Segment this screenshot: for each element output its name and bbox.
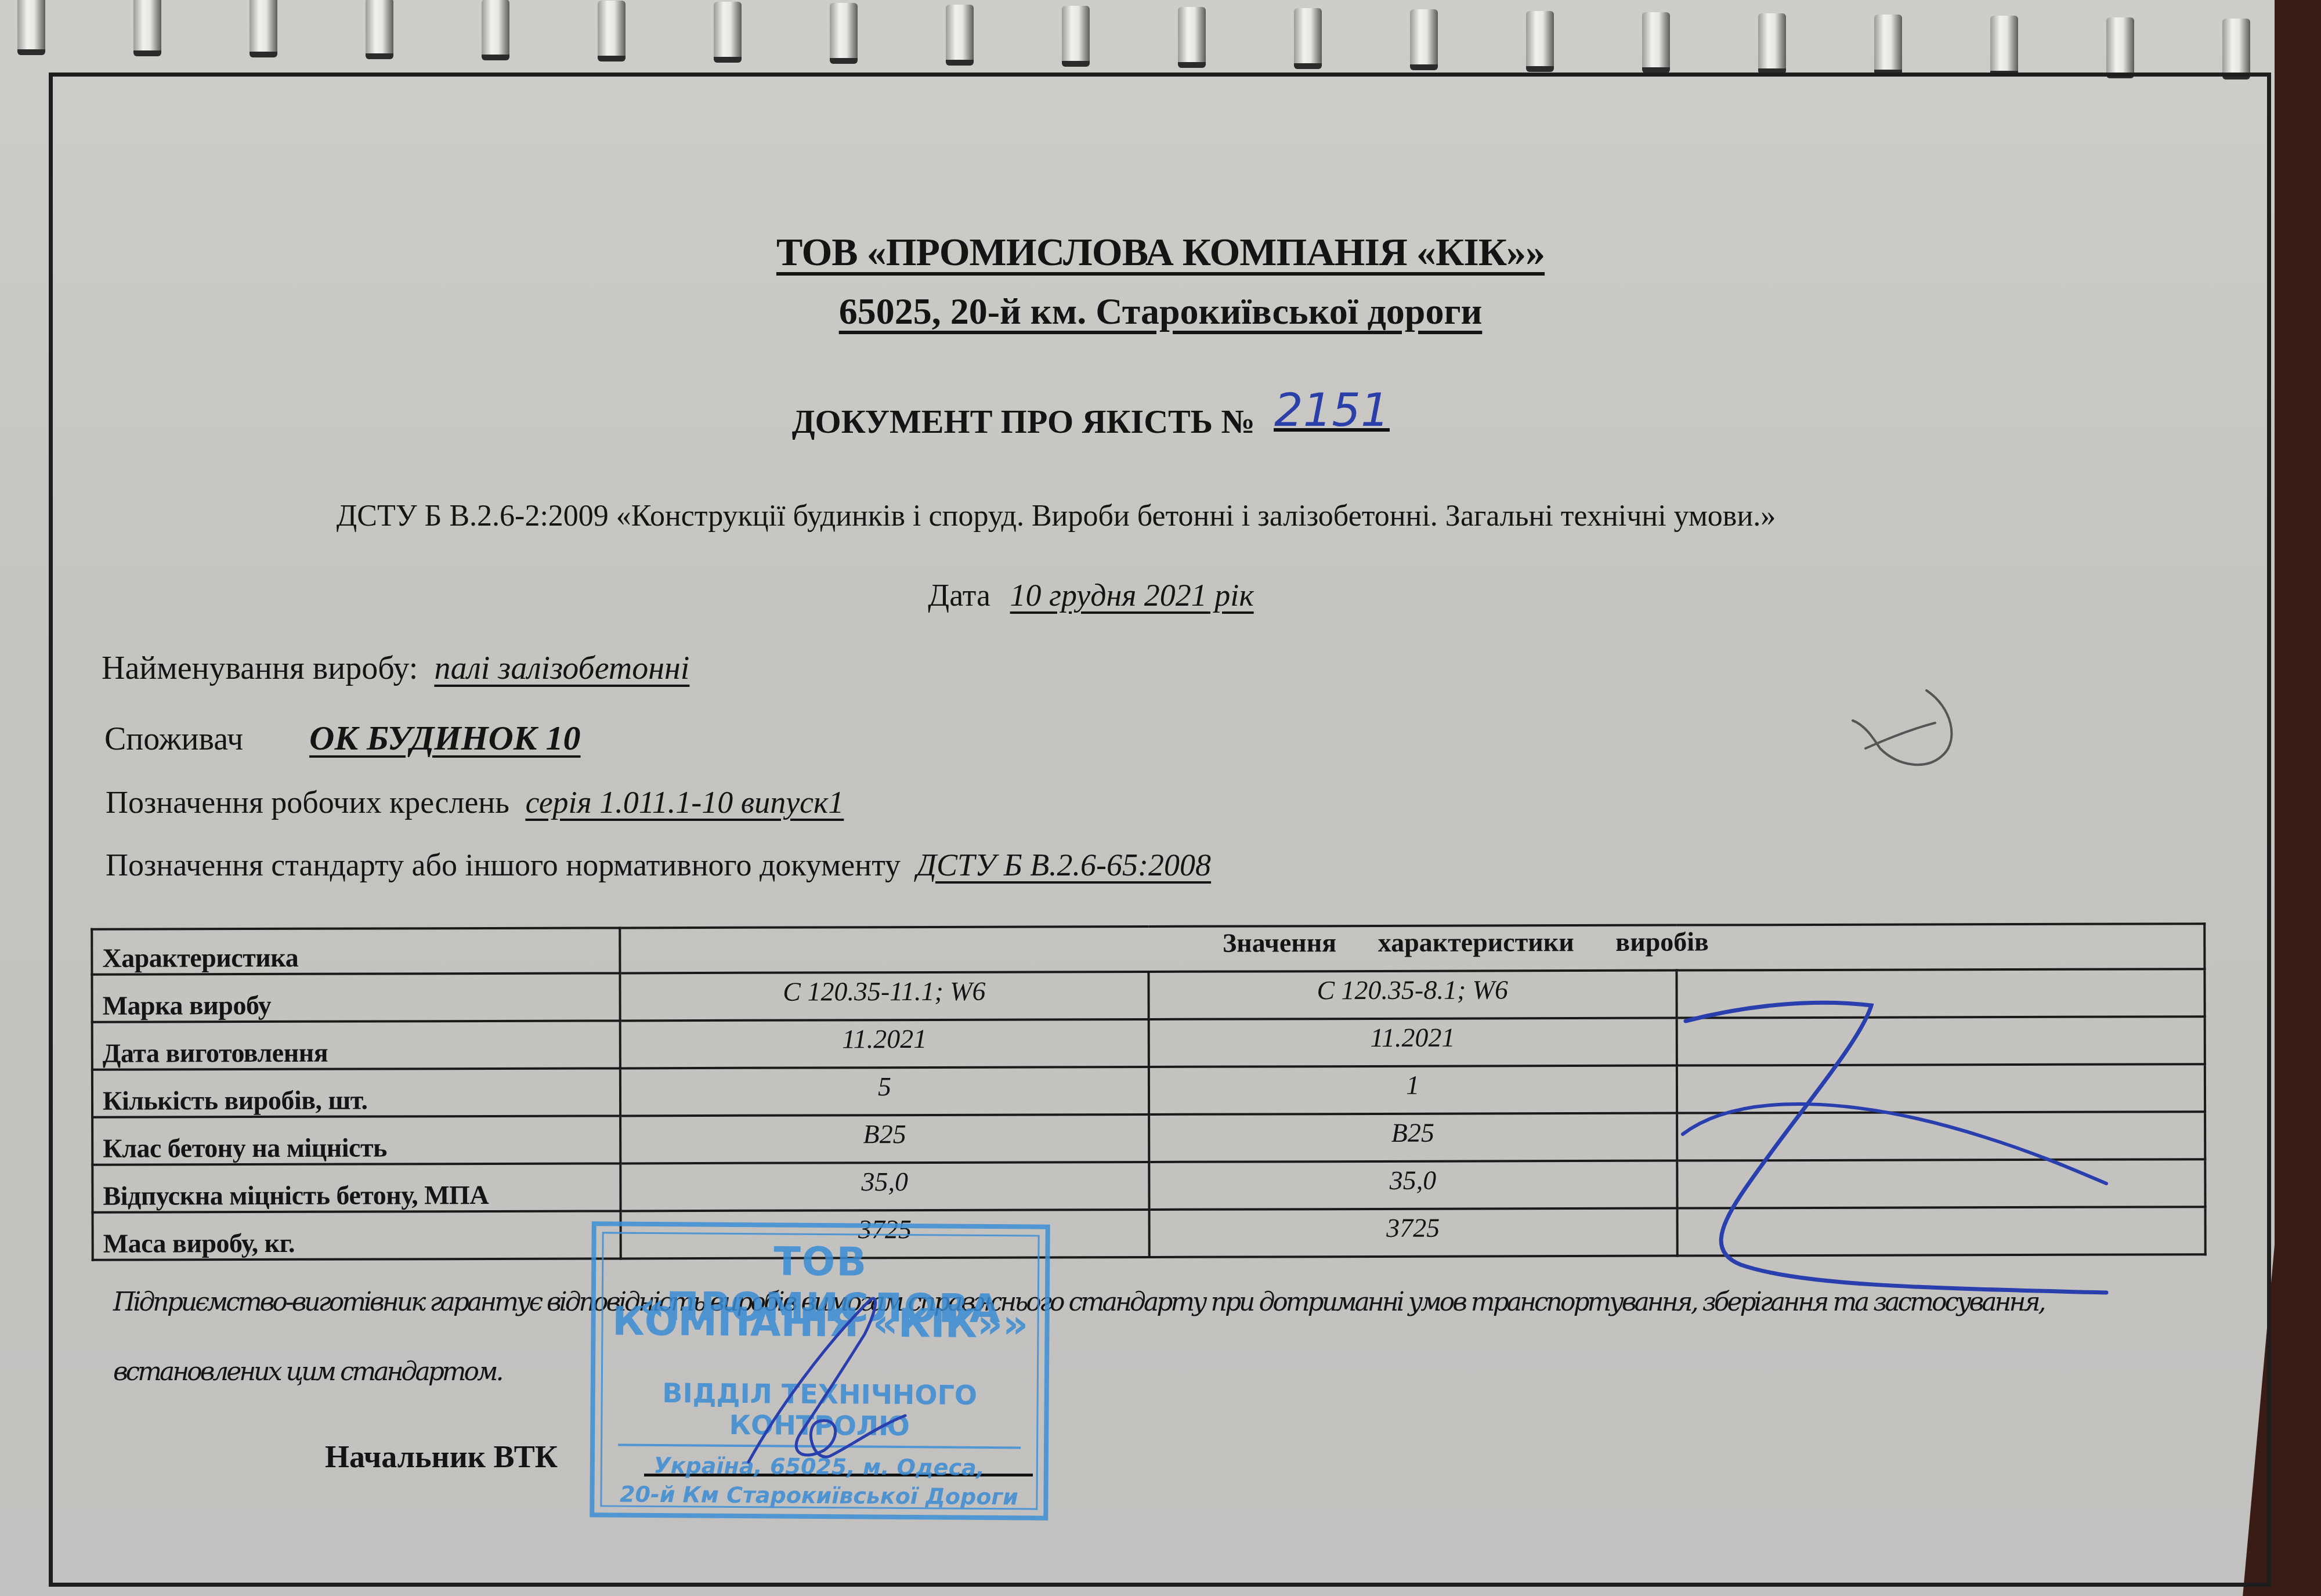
row-value-1: В25	[620, 1114, 1148, 1163]
binder-ring	[1990, 16, 2018, 77]
stamp-line-5: 20-й Км Старокиївської Дороги	[594, 1481, 1043, 1510]
table-row: Відпускна міцність бетону, МПА35,035,0	[92, 1159, 2205, 1213]
company-name-text: ТОВ «ПРОМИСЛОВА КОМПАНІЯ «КІК»»	[776, 230, 1545, 274]
row-value-2: 1	[1148, 1066, 1676, 1114]
row-label: Дата виготовлення	[92, 1020, 620, 1069]
row-label: Кількість виробів, шт.	[92, 1068, 620, 1117]
row-value-1: С 120.35-11.1; W6	[620, 972, 1148, 1020]
binder-ring	[1526, 11, 1554, 72]
chief-label: Начальник ВТК	[325, 1439, 558, 1475]
row-value-2: В25	[1149, 1113, 1677, 1162]
binder-ring	[1758, 13, 1786, 74]
binder-ring	[946, 5, 974, 66]
binder-rings	[0, 0, 2321, 64]
binder-ring	[250, 0, 277, 57]
table-row: Кількість виробів, шт.51	[92, 1064, 2205, 1117]
normative-label: Позначення стандарту або іншого норматив…	[106, 848, 901, 882]
stamp-rule	[618, 1444, 1021, 1449]
binder-ring	[830, 3, 858, 64]
company-address: 65025, 20-й км. Старокиївської дороги	[0, 290, 2321, 333]
row-value-3	[1676, 969, 2204, 1018]
row-value-3	[1677, 1064, 2205, 1113]
binder-ring	[1062, 6, 1090, 67]
drawings-value: серія 1.011.1-10 випуск1	[525, 785, 844, 820]
row-value-2: 11.2021	[1148, 1018, 1676, 1067]
table-row: Марка виробуС 120.35-11.1; W6С 120.35-8.…	[92, 969, 2204, 1022]
row-label: Маса виробу, кг.	[93, 1211, 621, 1260]
table-header-row: Характеристика Значення характеристики в…	[92, 924, 2204, 975]
table-row: Клас бетону на міцністьВ25В25	[92, 1112, 2205, 1165]
drawings-label: Позначення робочих креслень	[106, 785, 509, 820]
binder-ring	[598, 1, 626, 61]
binder-ring	[2106, 17, 2134, 78]
binder-ring	[17, 0, 45, 55]
row-value-1: 11.2021	[620, 1019, 1148, 1068]
header-values: Значення характеристики виробів	[620, 924, 2205, 973]
stamp-line-2: КОМПАНІЯ «КІК»»	[595, 1298, 1045, 1347]
company-stamp: ТОВ «ПРОМИСЛОВА КОМПАНІЯ «КІК»» ВІДДІЛ Т…	[590, 1221, 1050, 1521]
document-number: 2151	[1274, 393, 1390, 432]
characteristics-table: Характеристика Значення характеристики в…	[91, 922, 2206, 1261]
row-value-3	[1676, 1016, 2204, 1065]
binder-ring	[714, 2, 742, 63]
binder-ring	[1410, 9, 1438, 70]
product-name-value: палі залізобетонні	[434, 650, 689, 686]
row-label: Відпускна міцність бетону, МПА	[92, 1163, 620, 1212]
product-name-label: Найменування виробу:	[102, 650, 418, 686]
company-name: ТОВ «ПРОМИСЛОВА КОМПАНІЯ «КІК»»	[0, 229, 2321, 275]
row-label: Марка виробу	[92, 973, 620, 1022]
row-value-3	[1677, 1207, 2205, 1255]
standard-reference: ДСТУ Б В.2.6-2:2009 «Конструкції будинкі…	[0, 499, 2217, 533]
binder-ring	[1178, 7, 1206, 68]
row-value-3	[1677, 1159, 2205, 1208]
company-address-text: 65025, 20-й км. Старокиївської дороги	[839, 291, 1483, 332]
product-name-field: Найменування виробу: палі залізобетонні	[102, 650, 689, 687]
header-characteristic: Характеристика	[92, 928, 620, 974]
row-value-2: 35,0	[1149, 1161, 1677, 1210]
row-value-2: С 120.35-8.1; W6	[1148, 971, 1676, 1019]
document-title-text: ДОКУМЕНТ ПРО ЯКІСТЬ №	[792, 403, 1255, 440]
binder-ring	[482, 0, 509, 60]
document-title: ДОКУМЕНТ ПРО ЯКІСТЬ № 2151	[0, 400, 2251, 441]
binder-ring	[1294, 8, 1322, 69]
drawings-field: Позначення робочих креслень серія 1.011.…	[106, 784, 844, 820]
date-line: Дата 10 грудня 2021 рік	[0, 577, 2251, 613]
binder-ring	[2222, 19, 2250, 79]
row-value-2: 3725	[1149, 1208, 1677, 1257]
row-value-1: 35,0	[621, 1162, 1149, 1211]
normative-value: ДСТУ Б В.2.6-65:2008	[917, 848, 1212, 882]
binder-ring	[366, 0, 393, 59]
binder-ring	[133, 0, 161, 56]
row-value-3	[1677, 1112, 2205, 1160]
guarantee-text: Підприємство-виготівник гарантує відпові…	[113, 1268, 2202, 1407]
consumer-label: Споживач	[104, 721, 243, 757]
table-row: Маса виробу, кг.37253725	[93, 1207, 2206, 1260]
row-label: Клас бетону на міцність	[92, 1116, 620, 1164]
normative-field: Позначення стандарту або іншого норматив…	[106, 847, 1211, 883]
stamp-line-4: Україна, 65025, м. Одеса,	[595, 1452, 1044, 1481]
consumer-field: Споживач ОК БУДИНОК 10	[104, 718, 581, 758]
date-value: 10 грудня 2021 рік	[1010, 578, 1254, 613]
stamp-line-3: ВІДДІЛ ТЕХНІЧНОГО КОНТРОЛЮ	[595, 1377, 1044, 1442]
binder-ring	[1642, 12, 1670, 73]
date-label: Дата	[928, 578, 990, 613]
consumer-value: ОК БУДИНОК 10	[309, 719, 580, 757]
table-row: Дата виготовлення11.202111.2021	[92, 1016, 2205, 1070]
binder-ring	[1874, 15, 1902, 75]
row-value-1: 5	[620, 1067, 1148, 1116]
